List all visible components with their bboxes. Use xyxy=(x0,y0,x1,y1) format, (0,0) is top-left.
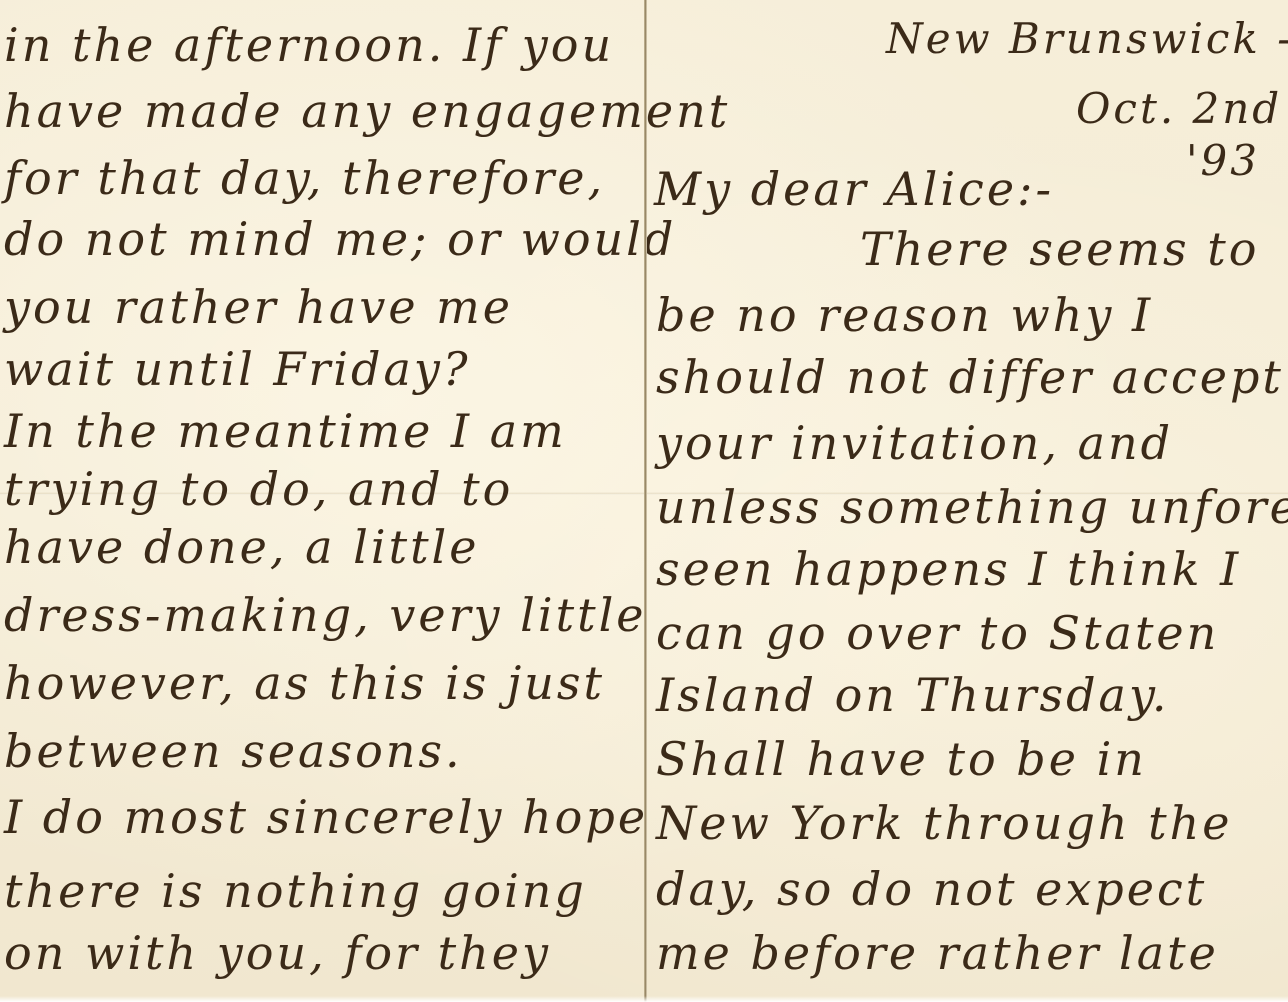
left-page: in the afternoon. If you have made any e… xyxy=(0,0,645,1002)
letter-year: '93 xyxy=(1186,140,1260,182)
letter-line: New York through the xyxy=(656,800,1232,846)
letter-line: your invitation, and xyxy=(656,420,1173,466)
letter-line: on with you, for they xyxy=(4,930,551,976)
letter-line: I do most sincerely hope xyxy=(4,794,648,840)
letter-line: Island on Thursday. xyxy=(656,672,1169,718)
letter-line: for that day, therefore, xyxy=(4,155,605,201)
letter-line: should not differ accept xyxy=(656,354,1284,400)
letter-salutation: My dear Alice:- xyxy=(654,166,1054,212)
letter-line: be no reason why I xyxy=(656,292,1153,338)
letter-line: have made any engagement xyxy=(4,88,730,134)
letter-line: do not mind me; or would xyxy=(4,216,676,262)
letter-line: trying to do, and to xyxy=(4,466,513,512)
letter-place: New Brunswick - xyxy=(886,18,1288,60)
letter-line: in the afternoon. If you xyxy=(4,22,614,68)
letter-sheet: in the afternoon. If you have made any e… xyxy=(0,0,1288,1002)
letter-line: between seasons. xyxy=(4,728,463,774)
letter-line: day, so do not expect xyxy=(656,866,1207,912)
letter-line: There seems to xyxy=(860,226,1259,272)
letter-line: unless something unfore- xyxy=(656,484,1288,530)
letter-line: you rather have me xyxy=(4,284,513,330)
letter-line: dress-making, very little xyxy=(4,592,647,638)
letter-date: Oct. 2nd / xyxy=(1076,88,1288,130)
letter-line: can go over to Staten xyxy=(656,610,1219,656)
letter-line: In the meantime I am xyxy=(4,408,567,454)
right-page: New Brunswick - Oct. 2nd / '93 My dear A… xyxy=(646,0,1288,1002)
letter-line: wait until Friday? xyxy=(4,346,471,392)
letter-line: me before rather late xyxy=(656,930,1219,976)
letter-line: there is nothing going xyxy=(4,868,587,914)
letter-line: Shall have to be in xyxy=(656,736,1147,782)
letter-line: have done, a little xyxy=(4,524,480,570)
paper-bottom-edge xyxy=(0,996,1288,1002)
letter-line: seen happens I think I xyxy=(656,546,1241,592)
letter-line: however, as this is just xyxy=(4,660,605,706)
